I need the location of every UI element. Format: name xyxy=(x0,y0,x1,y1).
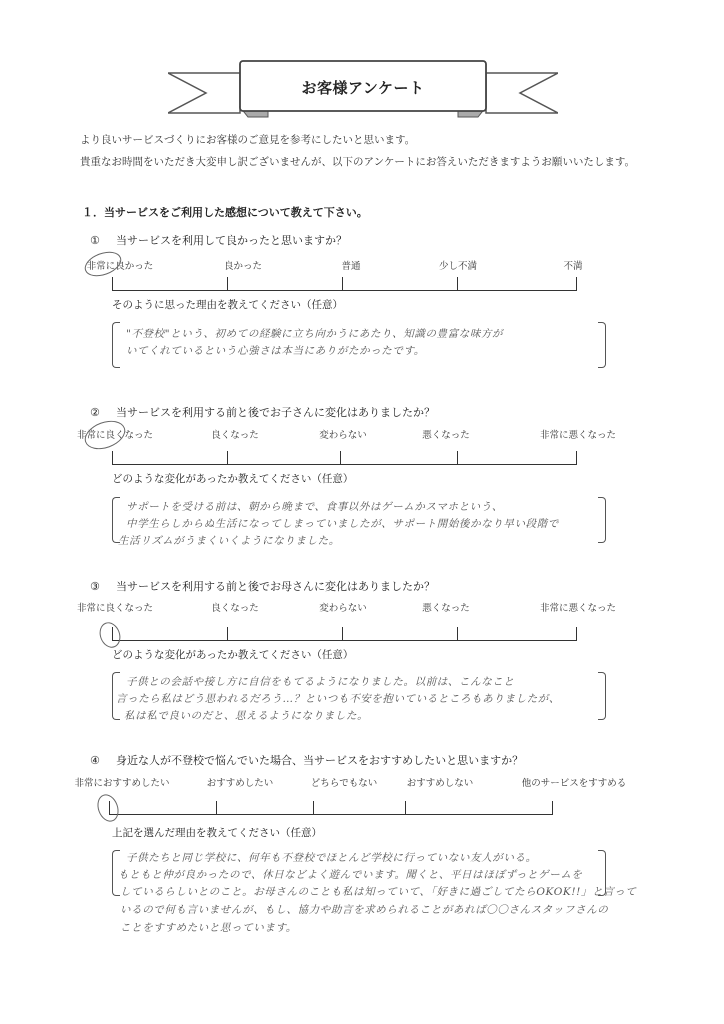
question-text: ①当サービスを利用して良かったと思いますか？ xyxy=(90,232,347,248)
scale-option[interactable]: 少し不満 xyxy=(439,258,477,272)
selection-circle xyxy=(81,416,129,455)
scale-option[interactable]: 良くなった xyxy=(211,427,259,441)
answer-field[interactable]: "不登校"という、初めての経験に立ち向かうにあたり、知識の豊富な味方が いてくれ… xyxy=(112,322,606,368)
scale-option[interactable]: 非常に良くなった xyxy=(77,600,153,614)
scale-option[interactable]: 非常に悪くなった xyxy=(540,427,616,441)
rating-scale-line[interactable] xyxy=(112,451,577,465)
question-text: ④身近な人が不登校で悩んでいた場合、当サービスをおすすめしたいと思いますか？ xyxy=(90,752,523,768)
question-text: ②当サービスを利用する前と後でお子さんに変化はありましたか？ xyxy=(90,404,435,420)
intro-text-2: 貴重なお時間をいただき大変申し訳ございませんが、以下のアンケートにお答えいただき… xyxy=(80,154,635,169)
selection-circle xyxy=(96,619,124,650)
rating-scale-line[interactable] xyxy=(109,801,553,815)
title-banner: お客様アンケート xyxy=(168,55,558,125)
scale-option[interactable]: 非常に悪くなった xyxy=(540,600,616,614)
reason-label: どのような変化があったか教えてください（任意） xyxy=(112,471,353,486)
question-text: ③当サービスを利用する前と後でお母さんに変化はありましたか？ xyxy=(90,578,435,594)
scale-option[interactable]: 悪くなった xyxy=(422,427,470,441)
scale-option[interactable]: 良くなった xyxy=(211,600,259,614)
page-title: お客様アンケート xyxy=(168,77,558,98)
scale-option[interactable]: 良かった xyxy=(224,258,262,272)
intro-text-1: より良いサービスづくりにお客様のご意見を参考にしたいと思います。 xyxy=(80,132,415,147)
scale-option[interactable]: どちらでもない xyxy=(311,775,377,789)
scale-option[interactable]: 変わらない xyxy=(319,427,367,441)
reason-label: 上記を選んだ理由を教えてください（任意） xyxy=(112,825,322,840)
reason-label: どのような変化があったか教えてください（任意） xyxy=(112,647,353,662)
scale-option[interactable]: おすすめしたい xyxy=(207,775,274,789)
rating-scale-labels: 非常におすすめしたい おすすめしたい どちらでもない おすすめしない 他のサービ… xyxy=(0,775,724,789)
scale-option[interactable]: 普通 xyxy=(341,258,360,272)
scale-option[interactable]: 悪くなった xyxy=(422,600,470,614)
answer-field[interactable]: 子供との会話や接し方に自信をもてるようになりました。以前は、こんなこと 言ったら… xyxy=(112,672,606,720)
rating-scale-line[interactable] xyxy=(112,277,577,291)
answer-field[interactable]: サポートを受ける前は、朝から晩まで、食事以外はゲームかスマホという、 中学生らし… xyxy=(112,497,606,543)
rating-scale-line[interactable] xyxy=(112,627,577,641)
scale-option[interactable]: 変わらない xyxy=(319,600,367,614)
scale-option[interactable]: おすすめしない xyxy=(407,775,474,789)
selection-circle xyxy=(94,791,122,824)
selection-circle xyxy=(81,247,124,281)
scale-option[interactable]: 非常におすすめしたい xyxy=(74,775,169,789)
scale-option[interactable]: 不満 xyxy=(563,258,582,272)
reason-label: そのように思った理由を教えてください（任意） xyxy=(112,297,343,312)
scale-option[interactable]: 他のサービスをすすめる xyxy=(522,775,627,789)
section-title: １．当サービスをご利用した感想について教えて下さい。 xyxy=(82,204,368,220)
rating-scale-labels: 非常に良くなった 良くなった 変わらない 悪くなった 非常に悪くなった xyxy=(0,600,724,614)
answer-field[interactable]: 子供たちと同じ学校に、何年も不登校でほとんど学校に行っていない友人がいる。 もと… xyxy=(112,850,606,896)
